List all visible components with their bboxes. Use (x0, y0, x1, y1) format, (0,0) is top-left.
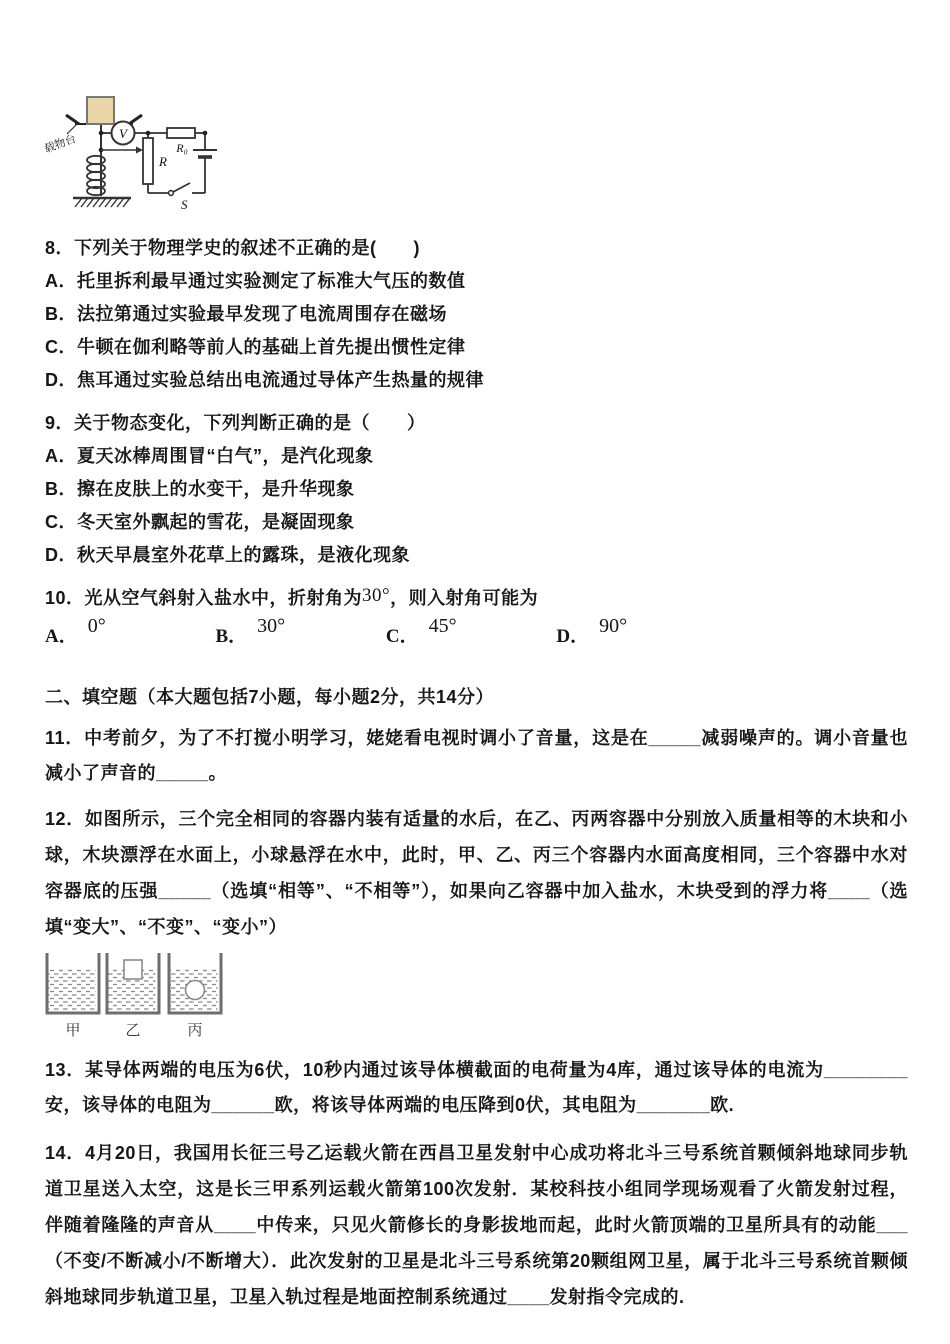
question-8-option-d: D．焦耳通过实验总结出电流通过导体产生热量的规律 (45, 364, 908, 397)
exam-content: 载物台 (0, 90, 950, 1315)
question-10-option-a: A．0° (45, 621, 211, 648)
section-2-heading: 二、填空题（本大题包括7小题，每小题2分，共14分） (45, 683, 908, 709)
question-10: 10．光从空气斜射入盐水中，折射角为30°，则入射角可能为 A．0° B．30°… (45, 582, 908, 665)
load-block (87, 97, 114, 124)
battery-icon (193, 150, 217, 157)
option-b-label: B． (215, 626, 247, 647)
wiper-arrowhead (136, 147, 143, 154)
option-c-label: C． (386, 626, 419, 647)
question-8-stem: 8．下列关于物理学史的叙述不正确的是( ) (45, 232, 908, 265)
question-9: 9．关于物态变化，下列判断正确的是（ ） A．夏天冰棒周围冒“白气”，是汽化现象… (45, 407, 908, 572)
question-14-text: 14．4月20日，我国用长征三号乙运载火箭在西昌卫星发射中心成功将北斗三号系统首… (45, 1135, 908, 1315)
fixed-resistor-icon (167, 128, 195, 138)
option-a-value: 0° (88, 615, 106, 637)
question-10-option-c: C．45° (386, 621, 552, 648)
switch-label: S (181, 197, 188, 212)
fixed-resistor-label: R₀ (175, 141, 188, 155)
beakers-figure: 甲 乙 丙 (45, 951, 908, 1043)
beakers-diagram: 甲 乙 丙 (45, 951, 225, 1043)
question-9-option-b: B．擦在皮肤上的水变干，是升华现象 (45, 473, 908, 506)
beaker-jia (47, 953, 99, 1013)
question-10-angle-value: 30° (362, 585, 390, 606)
question-12-text: 12．如图所示，三个完全相同的容器内装有适量的水后，在乙、丙两容器中分别放入质量… (45, 801, 908, 945)
question-8-option-c: C．牛顿在伽利略等前人的基础上首先提出惯性定律 (45, 331, 908, 364)
ground-icon (73, 198, 131, 207)
circuit-figure: 载物台 (45, 90, 908, 215)
question-9-option-d: D．秋天早晨室外花草上的露珠，是液化现象 (45, 539, 908, 572)
label-pointer-line (67, 123, 78, 134)
question-8-option-b: B．法拉第通过实验最早发现了电流周围存在磁场 (45, 298, 908, 331)
question-9-option-c: C．冬天室外飘起的雪花，是凝固现象 (45, 506, 908, 539)
beaker-yi-label: 乙 (125, 1022, 140, 1039)
spring-icon (87, 156, 105, 195)
suspended-ball (186, 981, 205, 1000)
question-10-options-row: A．0° B．30° C．45° D．90° (45, 621, 908, 665)
question-9-stem: 9．关于物态变化，下列判断正确的是（ ） (45, 407, 908, 440)
question-9-option-a: A．夏天冰棒周围冒“白气”，是汽化现象 (45, 440, 908, 473)
beaker-bing (169, 953, 221, 1013)
slider-resistor-icon (143, 138, 153, 184)
platform-label: 载物台 (45, 131, 78, 155)
slider-resistor-label: R (158, 154, 167, 169)
exam-page: 载物台 (0, 0, 950, 1344)
option-a-label: A． (45, 626, 78, 647)
floating-block (124, 960, 142, 979)
beaker-yi (107, 953, 159, 1013)
switch-icon (169, 183, 190, 195)
option-d-label: D． (556, 626, 589, 647)
question-13-text: 13．某导体两端的电压为6伏，10秒内通过该导体横截面的电荷量为4库，通过该导体… (45, 1053, 908, 1123)
question-11-text: 11．中考前夕，为了不打搅小明学习，姥姥看电视时调小了音量，这是在_____减弱… (45, 721, 908, 791)
voltmeter-icon: V (112, 122, 135, 145)
question-10-stem-post: ，则入射角可能为 (390, 588, 538, 608)
question-8: 8．下列关于物理学史的叙述不正确的是( ) A．托里拆利最早通过实验测定了标准大… (45, 232, 908, 397)
question-10-option-b: B．30° (215, 621, 381, 648)
beaker-jia-label: 甲 (65, 1022, 80, 1039)
circuit-diagram: 载物台 (45, 90, 220, 215)
option-b-value: 30° (257, 615, 285, 637)
question-10-option-d: D．90° (556, 621, 722, 648)
option-c-value: 45° (429, 615, 457, 637)
question-10-stem: 10．光从空气斜射入盐水中，折射角为30°，则入射角可能为 (45, 582, 908, 615)
beaker-bing-label: 丙 (187, 1022, 202, 1039)
question-10-stem-pre: 10．光从空气斜射入盐水中，折射角为 (45, 588, 362, 608)
option-d-value: 90° (599, 615, 627, 637)
question-8-option-a: A．托里拆利最早通过实验测定了标准大气压的数值 (45, 265, 908, 298)
